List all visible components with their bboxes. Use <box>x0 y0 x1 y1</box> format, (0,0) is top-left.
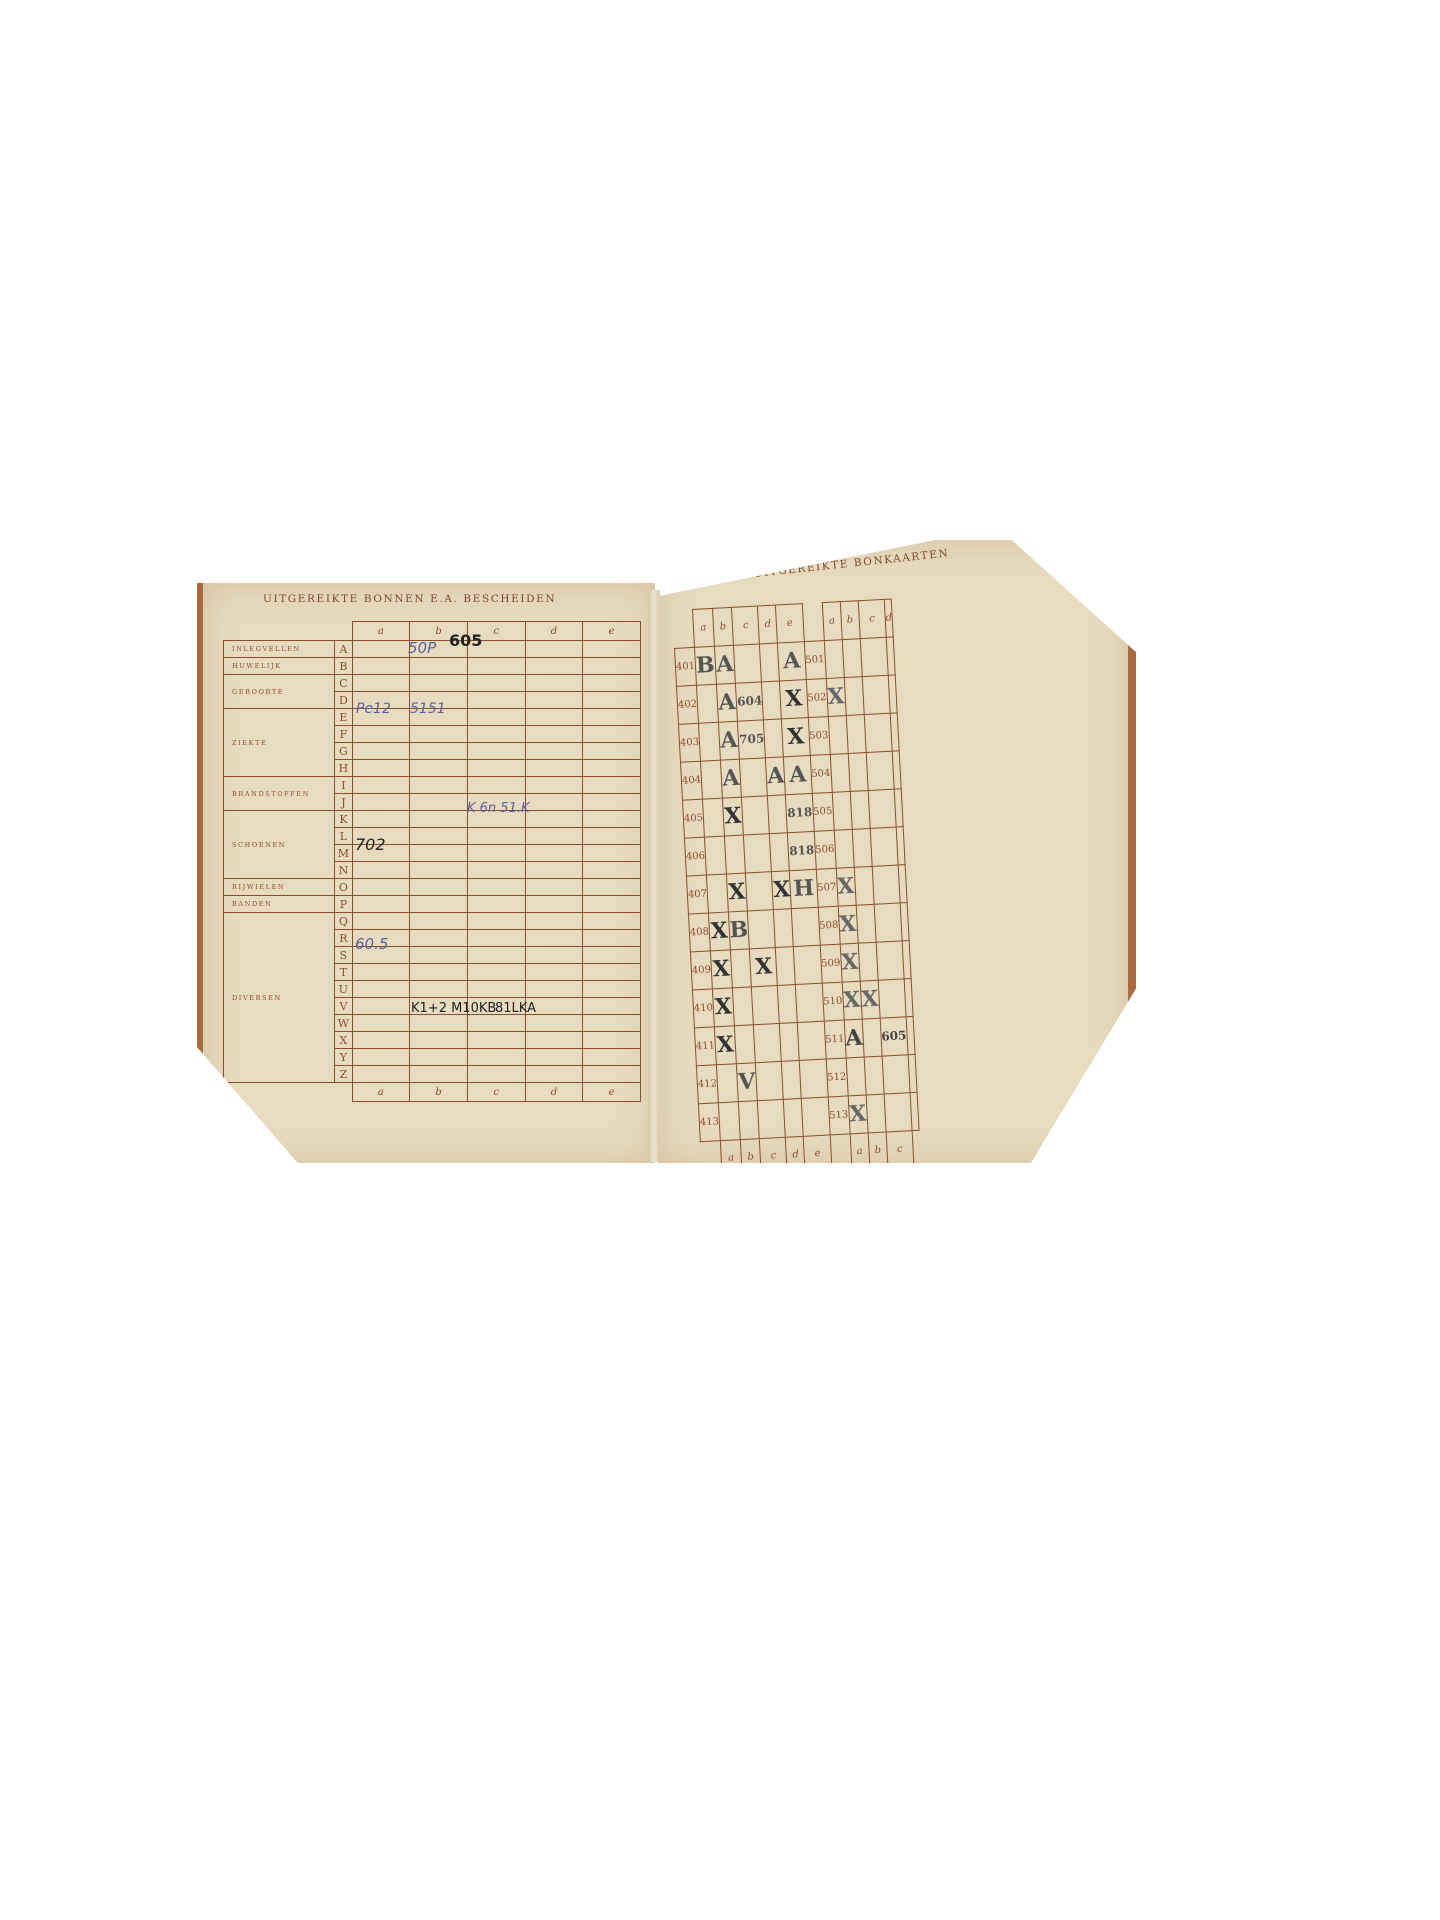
row-number: 505 <box>812 792 834 831</box>
stamp-cell <box>706 874 728 913</box>
register-cell <box>410 658 468 675</box>
col-c-2: c <box>858 599 886 638</box>
stamp-cell <box>854 866 874 905</box>
row-number: 508 <box>818 906 840 945</box>
stamp-mark: 705 <box>739 731 765 746</box>
stamp-cell <box>848 752 868 791</box>
col-footer-a: a <box>720 1139 742 1177</box>
register-cell <box>467 930 525 947</box>
row-letter: I <box>335 777 352 794</box>
entry-P-a: 60.5 <box>355 935 388 953</box>
category-label: BANDEN <box>224 896 335 913</box>
stamp-cell <box>780 1022 800 1061</box>
row-letter: X <box>335 1032 352 1049</box>
register-cell <box>410 743 468 760</box>
stamp-cell <box>908 1054 917 1092</box>
register-cell <box>352 879 410 896</box>
register-cell <box>583 1032 641 1049</box>
register-cell <box>467 879 525 896</box>
row-letter: R <box>335 930 352 947</box>
entry-I-c: K 6n 51.K <box>467 801 530 816</box>
register-cell <box>583 760 641 777</box>
stamp-cell <box>782 1060 802 1099</box>
register-cell <box>467 692 525 709</box>
stamp-cell <box>888 674 897 712</box>
category-label: RIJWIELEN <box>224 879 335 896</box>
stamp-cell: X <box>726 873 748 912</box>
stamp-cell <box>896 826 905 864</box>
stamp-cell <box>800 1059 828 1098</box>
stamp-cell <box>904 978 913 1016</box>
row-letter: F <box>335 726 352 743</box>
col-b: b <box>712 607 734 645</box>
register-cell <box>410 1032 468 1049</box>
entry-T-c: 81LKA <box>495 1001 536 1016</box>
left-page-title: UITGEREIKTE BONNEN E.A. BESCHEIDEN <box>263 593 556 605</box>
register-cell <box>410 760 468 777</box>
register-cell <box>525 981 583 998</box>
stamp-cell <box>776 946 796 985</box>
col-footer-c-2: c <box>886 1130 914 1169</box>
entry-E-b: 5151 <box>410 701 446 717</box>
row-number: 513 <box>828 1095 850 1134</box>
register-cell <box>583 1049 641 1066</box>
register-cell <box>525 828 583 845</box>
stamp-cell <box>862 675 890 714</box>
register-cell <box>410 777 468 794</box>
register-cell <box>352 794 410 811</box>
stamp-cell: A <box>778 641 806 680</box>
stamp-cell <box>724 835 746 874</box>
register-cell <box>410 675 468 692</box>
stamp-cell: X <box>772 870 792 909</box>
stamp-cell <box>864 1056 884 1095</box>
stamp-cell <box>703 798 725 837</box>
row-letter: K <box>335 811 352 828</box>
stamp-cell <box>876 940 904 979</box>
register-cell <box>583 947 641 964</box>
row-number: 408 <box>688 913 710 952</box>
stamp-cell <box>699 722 721 761</box>
register-cell <box>525 930 583 947</box>
register-cell <box>525 743 583 760</box>
stamp-cell <box>884 1092 912 1131</box>
stamp-cell: A <box>718 721 740 760</box>
stamp-mark: 818 <box>789 843 815 858</box>
register-cell <box>583 709 641 726</box>
col-footer-a: a <box>352 1083 410 1102</box>
register-cell <box>410 964 468 981</box>
row-number: 401 <box>674 647 696 686</box>
stamp-cell: X <box>780 679 808 718</box>
stamp-cell: 818 <box>788 831 816 870</box>
row-letter: C <box>335 675 352 692</box>
register-cell <box>467 743 525 760</box>
row-letter: L <box>335 828 352 845</box>
register-cell <box>583 641 641 658</box>
entry-T-b: K1+2 M10KB <box>411 1001 496 1016</box>
col-e: e <box>776 604 804 643</box>
register-cell <box>352 913 410 930</box>
stamp-cell <box>846 714 866 753</box>
stamp-cell: X <box>826 677 846 716</box>
register-cell <box>583 675 641 692</box>
register-cell <box>467 862 525 879</box>
stamp-cell <box>744 833 772 872</box>
register-cell <box>410 947 468 964</box>
stamp-cell <box>858 942 878 981</box>
row-letter: E <box>335 709 352 726</box>
col-a: a <box>693 608 715 646</box>
stamp-mark: A <box>717 689 737 716</box>
register-cell <box>525 692 583 709</box>
col-header-e: e <box>583 622 641 641</box>
stamp-mark: A <box>767 762 785 789</box>
col-footer-d: d <box>525 1083 583 1102</box>
stamp-cell: X <box>750 947 778 986</box>
stamp-mark: X <box>715 1031 735 1058</box>
register-cell <box>525 862 583 879</box>
row-number: 412 <box>696 1064 718 1103</box>
row-letter: A <box>335 641 352 658</box>
stamp-cell <box>756 1061 784 1100</box>
col-header-d: d <box>525 622 583 641</box>
stamp-cell <box>718 1101 740 1140</box>
stamp-mark: X <box>783 723 809 750</box>
stamp-cell <box>874 902 902 941</box>
row-letter: T <box>335 964 352 981</box>
stamp-mark: X <box>839 911 857 938</box>
register-cell <box>467 913 525 930</box>
stamp-mark: X <box>781 685 807 712</box>
register-cell <box>410 896 468 913</box>
stamp-mark: X <box>711 955 731 982</box>
stamp-cell <box>894 788 903 826</box>
stamp-mark: X <box>837 873 855 900</box>
stamp-mark: X <box>723 803 743 830</box>
stamp-cell <box>852 828 872 867</box>
row-number: 506 <box>814 830 836 869</box>
register-cell <box>525 675 583 692</box>
register-cell <box>525 1015 583 1032</box>
register-cell <box>410 811 468 828</box>
register-cell <box>525 947 583 964</box>
stamp-cell <box>758 1099 786 1138</box>
register-cell <box>467 658 525 675</box>
stamp-cell <box>784 1098 804 1137</box>
col-footer-e: e <box>804 1134 832 1173</box>
row-letter: Y <box>335 1049 352 1066</box>
stamp-cell <box>886 636 895 674</box>
register-cell <box>525 1032 583 1049</box>
stamp-mark: X <box>843 987 861 1014</box>
stamp-cell <box>754 1023 782 1062</box>
stamp-cell <box>746 871 774 910</box>
row-letter: Z <box>335 1066 352 1083</box>
register-cell <box>467 1049 525 1066</box>
stamp-mark: A <box>845 1025 863 1052</box>
stamp-mark: A <box>785 761 811 788</box>
row-letter: B <box>335 658 352 675</box>
register-row: HUWELIJKB <box>224 658 641 675</box>
stamp-cell <box>732 986 754 1025</box>
stamp-cell: V <box>736 1062 758 1101</box>
row-letter: H <box>335 760 352 777</box>
row-letter: D <box>335 692 352 709</box>
register-cell <box>583 726 641 743</box>
row-number: 507 <box>816 868 838 907</box>
row-number: 411 <box>694 1026 716 1065</box>
stamp-cell <box>738 1100 760 1139</box>
register-cell <box>583 743 641 760</box>
row-letter: J <box>335 794 352 811</box>
stamp-cell <box>872 865 900 904</box>
register-cell <box>352 760 410 777</box>
stamp-cell <box>846 1057 866 1096</box>
stamp-cell: X <box>838 905 858 944</box>
row-letter: S <box>335 947 352 964</box>
register-cell <box>410 913 468 930</box>
left-page: UITGEREIKTE BONNEN E.A. BESCHEIDEN a b c… <box>197 583 655 1163</box>
row-number: 510 <box>822 982 844 1021</box>
register-cell <box>525 726 583 743</box>
stamp-cell: A <box>784 755 812 794</box>
stamp-cell <box>892 750 901 788</box>
row-number: 501 <box>804 640 826 679</box>
register-cell <box>467 777 525 794</box>
stamp-cell <box>856 904 876 943</box>
row-number: 403 <box>678 723 700 762</box>
col-footer-c: c <box>760 1137 788 1176</box>
register-cell <box>410 1049 468 1066</box>
register-cell <box>583 862 641 879</box>
stamp-cell <box>740 757 768 796</box>
register-cell <box>410 930 468 947</box>
row-letter: N <box>335 862 352 879</box>
register-cell <box>410 794 468 811</box>
register-cell <box>583 658 641 675</box>
row-letter: M <box>335 845 352 862</box>
stamp-cell: X <box>848 1095 868 1134</box>
register-cell <box>352 998 410 1015</box>
register-cell <box>410 726 468 743</box>
stamp-cell: B <box>728 910 750 949</box>
stamp-mark: X <box>713 993 733 1020</box>
stamp-cell <box>902 940 911 978</box>
row-letter: Q <box>335 913 352 930</box>
stamp-cell <box>882 1054 910 1093</box>
register-cell <box>410 828 468 845</box>
register-row: RIJWIELENO <box>224 879 641 896</box>
stamp-cell: X <box>710 949 732 988</box>
row-number: 402 <box>676 685 698 724</box>
entry-E-a: Pe12 <box>356 701 391 717</box>
register-cell <box>352 1049 410 1066</box>
register-row: BANDENP <box>224 896 641 913</box>
stamp-cell <box>862 1018 882 1057</box>
register-cell <box>525 777 583 794</box>
register-cell <box>467 1015 525 1032</box>
stamp-cell <box>792 907 820 946</box>
right-page-title: UITGEREIKTE BONKAARTEN <box>753 547 950 579</box>
register-cell <box>525 879 583 896</box>
register-row: BRANDSTOFFENI <box>224 777 641 794</box>
stamp-cell <box>864 713 892 752</box>
register-cell <box>410 981 468 998</box>
register-cell <box>525 845 583 862</box>
stamp-cell <box>697 684 719 723</box>
stamp-cell: X <box>842 981 862 1020</box>
row-letter: G <box>335 743 352 760</box>
col-footer-b: b <box>410 1083 468 1102</box>
col-footer-c: c <box>467 1083 525 1102</box>
stamp-cell <box>774 908 794 947</box>
register-cell <box>583 845 641 862</box>
stamp-cell <box>898 864 907 902</box>
stamp-cell <box>701 760 723 799</box>
row-letter: U <box>335 981 352 998</box>
stamp-mark: A <box>779 647 805 674</box>
row-letter: O <box>335 879 352 896</box>
stamp-cell <box>734 643 762 682</box>
register-cell <box>467 896 525 913</box>
register-cell <box>352 1015 410 1032</box>
stamp-cell: H <box>790 869 818 908</box>
stamp-cell <box>832 791 852 830</box>
register-cell <box>525 709 583 726</box>
stamp-mark: A <box>715 651 735 678</box>
stamp-mark: X <box>772 876 790 903</box>
entry-K-a: 702 <box>355 835 386 854</box>
stamp-cell: 605 <box>880 1016 908 1055</box>
col-b-2: b <box>840 601 860 639</box>
category-label: HUWELIJK <box>224 658 335 675</box>
register-cell <box>352 862 410 879</box>
col-header-a: a <box>352 622 410 641</box>
stamp-cell: A <box>766 756 786 795</box>
row-letter: P <box>335 896 352 913</box>
stamp-cell <box>778 984 798 1023</box>
row-number: 413 <box>698 1102 720 1141</box>
stamp-cell: X <box>722 797 744 836</box>
stamp-cell <box>900 902 909 940</box>
stamp-cell: A <box>844 1019 864 1058</box>
register-cell <box>467 964 525 981</box>
register-cell <box>583 998 641 1015</box>
register-cell <box>352 964 410 981</box>
row-number: 404 <box>680 761 702 800</box>
stamp-cell: B <box>695 646 717 685</box>
stamp-cell: 705 <box>738 719 766 758</box>
stamp-cell <box>868 789 896 828</box>
stamp-mark: X <box>750 953 776 980</box>
register-cell <box>525 794 583 811</box>
ration-booklet: UITGEREIKTE BONNEN E.A. BESCHEIDEN a b c… <box>0 0 1440 1920</box>
stamp-cell <box>752 985 780 1024</box>
register-cell <box>525 811 583 828</box>
stamp-cell <box>730 948 752 987</box>
col-footer-d: d <box>786 1136 806 1174</box>
register-cell <box>352 1032 410 1049</box>
row-letter: W <box>335 1015 352 1032</box>
col-footer-e: e <box>583 1083 641 1102</box>
register-cell <box>583 964 641 981</box>
register-cell <box>352 658 410 675</box>
register-cell <box>467 709 525 726</box>
stamp-cell <box>768 794 788 833</box>
stamp-cell <box>850 790 870 829</box>
register-cell <box>583 692 641 709</box>
register-cell <box>352 981 410 998</box>
stamp-cell <box>842 638 862 677</box>
register-cell <box>583 811 641 828</box>
category-label: INLEGVELLEN <box>224 641 335 658</box>
category-label: GEBOORTE <box>224 675 335 709</box>
register-cell <box>352 641 410 658</box>
register-cell <box>583 879 641 896</box>
stamp-mark: X <box>709 917 729 944</box>
category-label: BRANDSTOFFEN <box>224 777 335 811</box>
register-cell <box>352 896 410 913</box>
col-a-2: a <box>822 602 842 640</box>
register-cell <box>352 811 410 828</box>
register-cell <box>583 1066 641 1083</box>
register-cell <box>467 981 525 998</box>
entry-A-c: 605 <box>449 631 482 650</box>
stamp-mark: A <box>721 765 741 792</box>
stamp-cell <box>870 827 898 866</box>
register-cell <box>583 930 641 947</box>
stamp-cell <box>860 637 888 676</box>
stamp-mark: 604 <box>737 693 763 708</box>
stamp-cell <box>742 795 770 834</box>
category-label: ZIEKTE <box>224 709 335 777</box>
register-cell <box>467 1032 525 1049</box>
register-cell <box>583 896 641 913</box>
row-number: 502 <box>806 678 828 717</box>
category-label: DIVERSEN <box>224 913 335 1083</box>
row-number: 407 <box>686 875 708 914</box>
stamp-cell <box>716 1063 738 1102</box>
register-cell <box>410 1066 468 1083</box>
register-cell <box>352 726 410 743</box>
register-cell <box>467 828 525 845</box>
stamp-cell <box>762 680 782 719</box>
register-row: GEBOORTEC <box>224 675 641 692</box>
stamp-cell <box>794 945 822 984</box>
right-page: UITGEREIKTE BONKAARTEN a b c d e a b c d… <box>658 540 1136 1163</box>
register-cell <box>583 981 641 998</box>
register-cell <box>525 641 583 658</box>
col-footer-b-2: b <box>868 1132 888 1170</box>
stamp-cell <box>764 718 784 757</box>
row-number: 409 <box>690 950 712 989</box>
stamp-cell <box>770 832 790 871</box>
row-number: 504 <box>810 754 832 793</box>
category-label: SCHOENEN <box>224 811 335 879</box>
stamp-cell <box>866 751 894 790</box>
stamp-cell <box>748 909 776 948</box>
row-number: 509 <box>820 944 842 983</box>
stamp-cell: X <box>836 867 856 906</box>
register-cell <box>352 743 410 760</box>
row-number: 410 <box>692 988 714 1027</box>
register-cell <box>525 1066 583 1083</box>
register-cell <box>410 862 468 879</box>
register-cell <box>467 726 525 743</box>
register-cell <box>583 828 641 845</box>
stamp-cell <box>866 1094 886 1133</box>
